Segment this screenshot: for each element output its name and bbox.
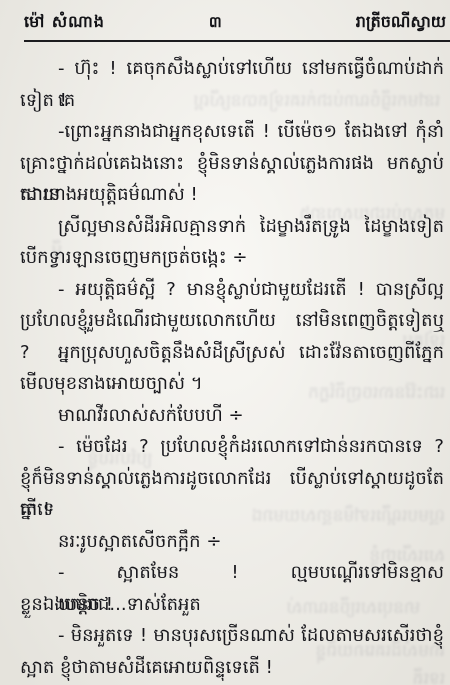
page-header: ម៉ៅ សំណាង ៣ រាត្រីចណីស្វាយ (0, 0, 450, 35)
author-name: ម៉ៅ សំណាង (24, 9, 105, 35)
text-line: ទៀត ! (20, 85, 444, 117)
text-line: - មិនអួតទេ ! មានបុរសច្រើនណាស់ ដែលតាមសរសើ… (20, 620, 444, 652)
text-line: ស្រីល្អមានសំដីរអិលគ្មានទាក់ ដៃម្ខាងរឹតទ្… (20, 211, 444, 243)
text-line: ប្រហែលខ្ញុំរួមដំណើរជាមួយលោកហើយ នៅមិនពេញច… (20, 305, 444, 337)
text-line: បើកទ្វារឡានចេញមកច្រត់ចង្កេះ ÷ (20, 242, 444, 274)
text-line: ស្អាត ខ្ញុំថាតាមសំដីគេអោយពិន្ទុទេតើ ! (20, 652, 444, 684)
text-line: អ្នកប្រុសហួសចិត្តនឹងសំដីស្រីស្រស់ ដោះវ៉ែ… (20, 337, 444, 369)
text-line: - ស្អាតមែន ! ល្មមបណ្ដើរទៅមិនខ្មាសយមរាជ..… (20, 557, 444, 589)
text-line: សារនាងអយុត្តិធម៌ណាស់ ! (20, 179, 444, 211)
text-line: - អយុត្តិធម៌ស្អី ? មានខ្ញុំស្លាប់ជាមួយដែ… (20, 274, 444, 306)
text-line: មើលមុខនាងអោយច្បាស់ ។ (20, 368, 444, 400)
book-page: ម៉ៅ សំណាង ៣ រាត្រីចណីស្វាយ - ហ៊ុះ ! គេចុ… (0, 0, 450, 685)
text-line: តើ ! (20, 494, 444, 526)
text-line: ខ្ញុំក៏មិនទាន់ស្គាល់ភ្លេងការដូចលោកដែរ បើ… (20, 463, 444, 495)
text-line: - ម៉េចដែរ ? ប្រហែលខ្ញុំកំដរលោកទៅជាន់នរកប… (20, 431, 444, 463)
text-line: គ្រោះថ្នាក់ដល់គេឯងនោះ ខ្ញុំមិនទាន់ស្គាល់… (20, 148, 444, 180)
text-line: -ព្រោះអ្នកនាងជាអ្នកខុសទេតើ ! បើម៉េច១ តែឯ… (20, 116, 444, 148)
book-title: រាត្រីចណីស្វាយ (356, 9, 446, 35)
text-line: ខ្លួនឯងបន្តិច ! (20, 589, 444, 621)
page-number: ៣ (105, 9, 356, 35)
body-text: - ហ៊ុះ ! គេចុកសឹងស្លាប់ទៅហើយ នៅមកធ្វើចំណ… (0, 42, 450, 683)
text-line: មាណវីរលាស់សក់បែបហី ÷ (20, 400, 444, 432)
text-line: - ហ៊ុះ ! គេចុកសឹងស្លាប់ទៅហើយ នៅមកធ្វើចំណ… (20, 53, 444, 85)
text-line: នរៈរូបស្អាតសើចកក្អឹក ÷ (20, 526, 444, 558)
